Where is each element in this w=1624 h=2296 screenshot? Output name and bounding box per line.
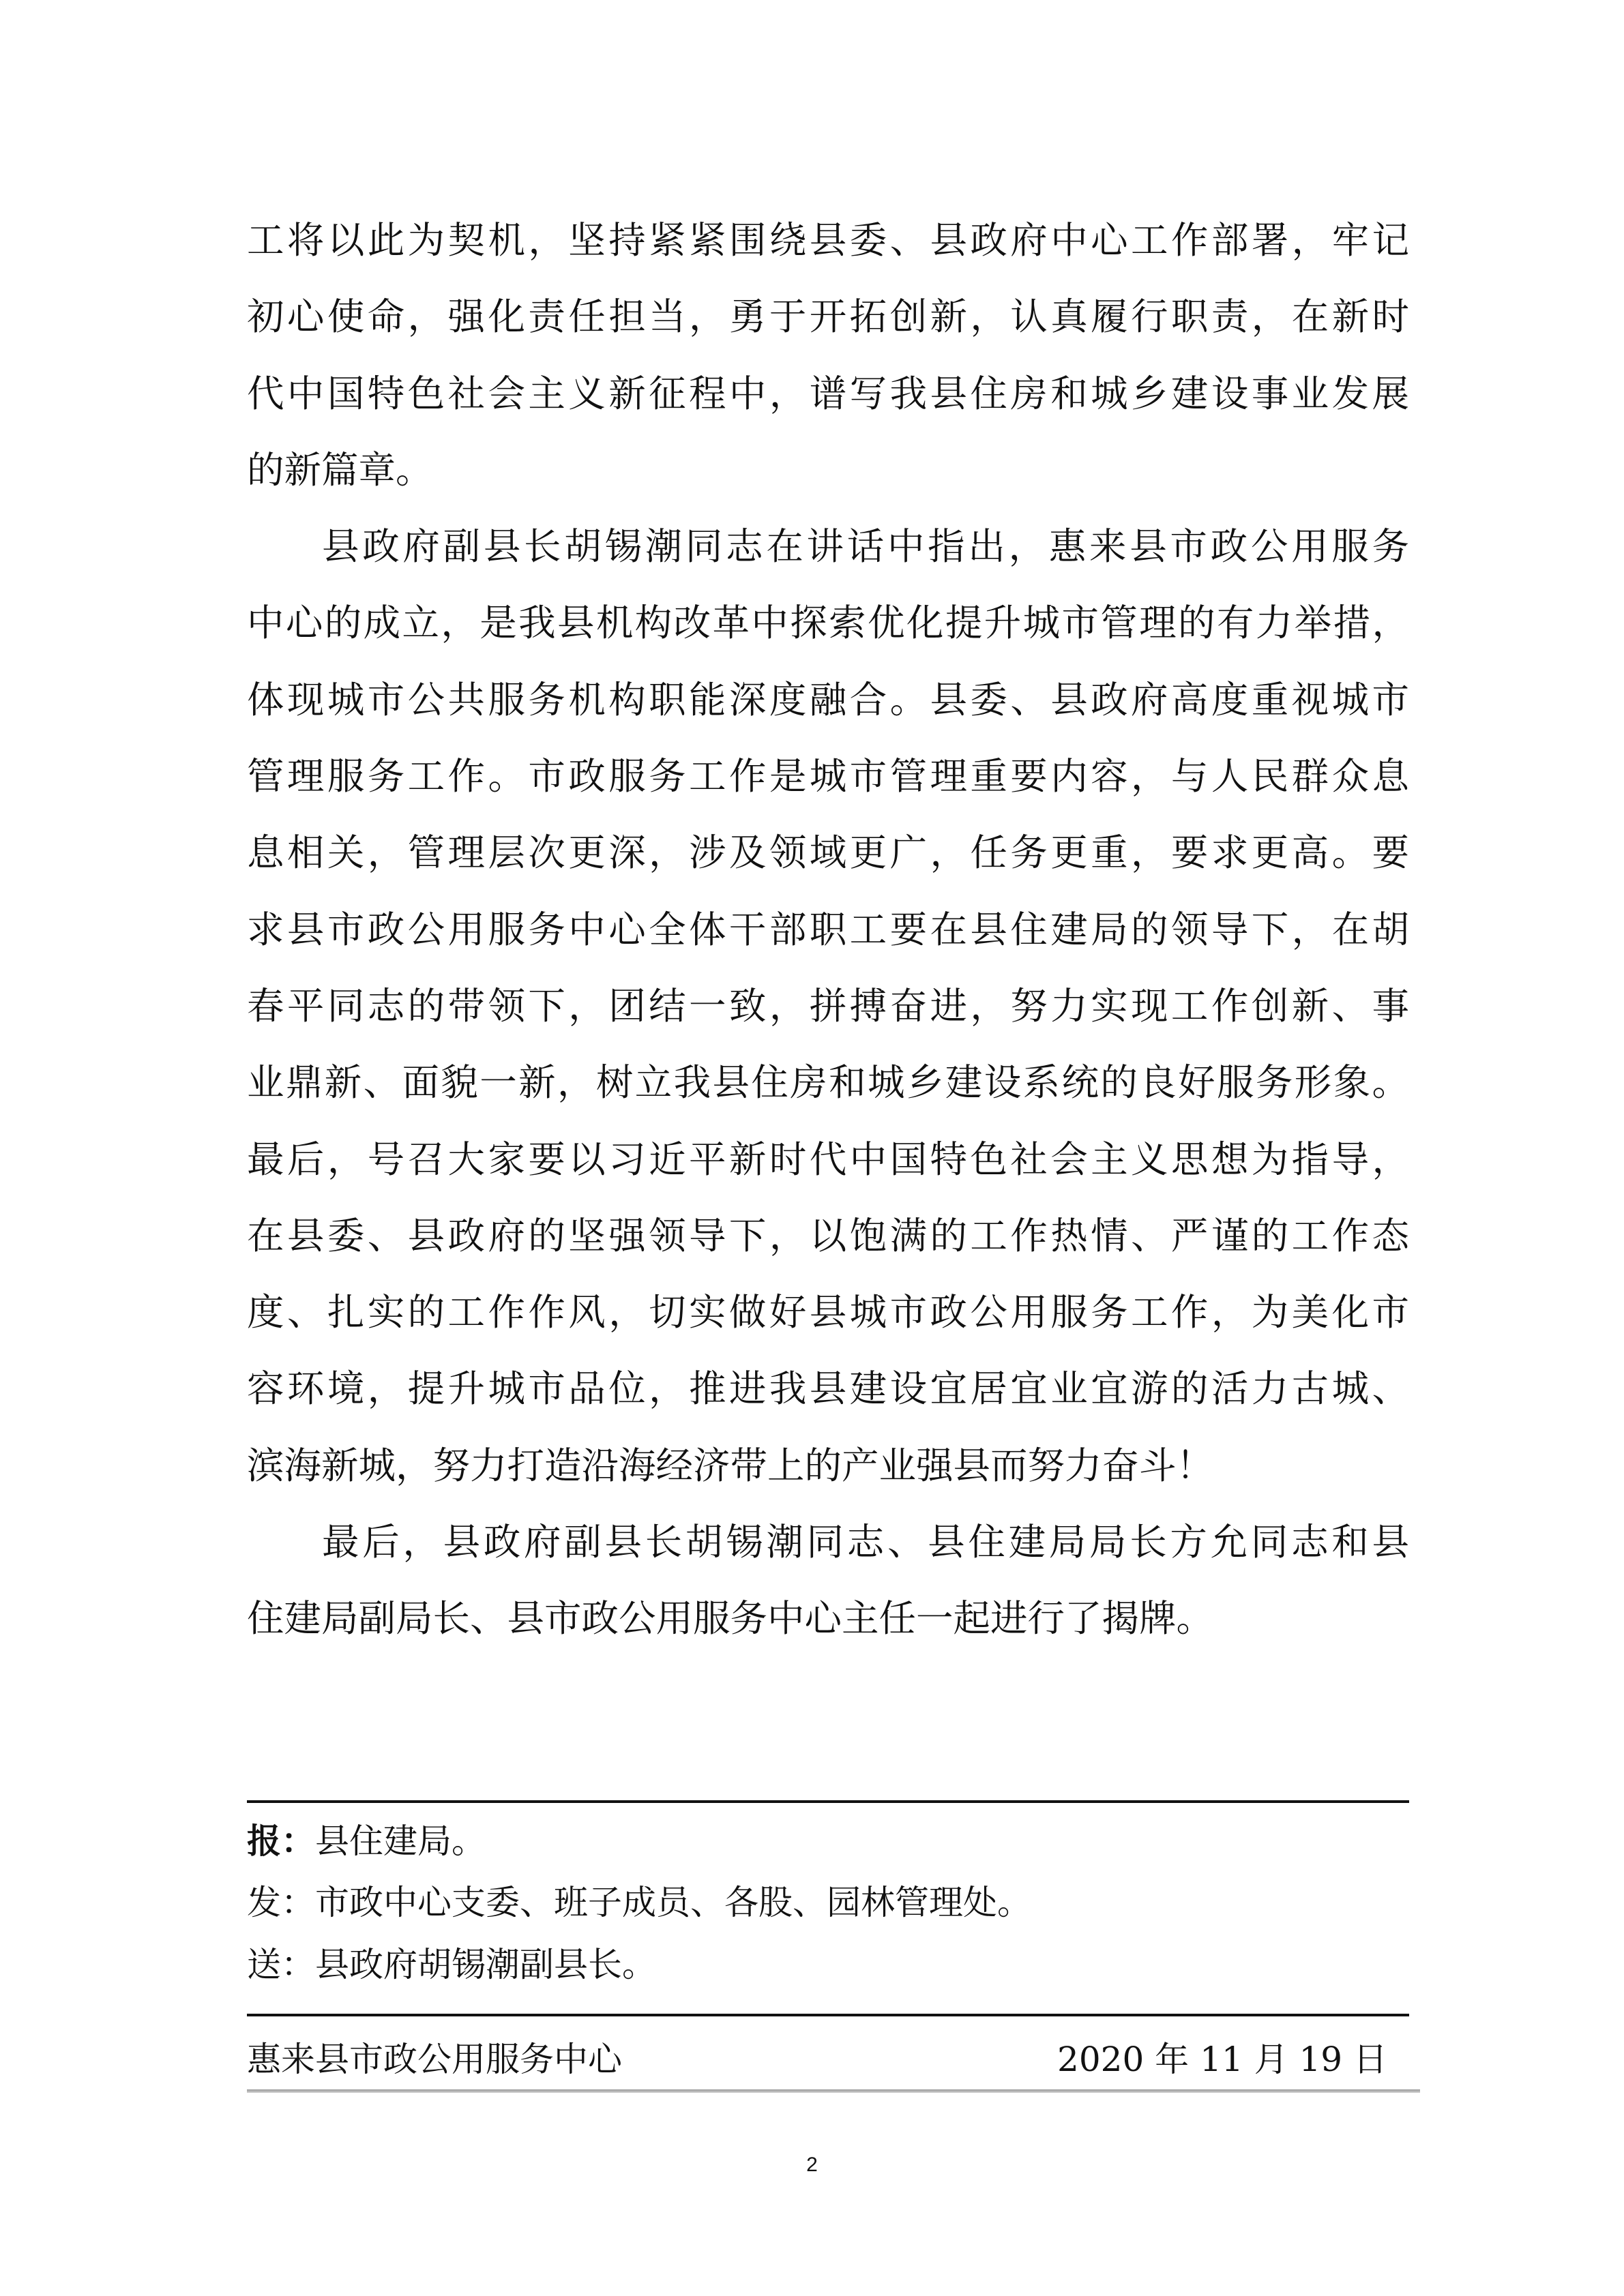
divider-top bbox=[247, 1800, 1409, 1803]
paragraph-2-line-8: 业鼎新、面貌一新，树立我县住房和城乡建设系统的良好服务形象。 bbox=[247, 1044, 1409, 1120]
paragraph-2-line-1: 县政府副县长胡锡潮同志在讲话中指出，惠来县市政公用服务 bbox=[247, 508, 1409, 584]
issuer-line: 惠来县市政公用服务中心 2020 年 11 月 19 日 bbox=[247, 2039, 1387, 2080]
paragraph-1-line-3: 代中国特色社会主义新征程中，谱写我县住房和城乡建设事业发展 bbox=[247, 355, 1409, 432]
paragraph-2-line-4: 管理服务工作。市政服务工作是城市管理重要内容，与人民群众息 bbox=[247, 738, 1409, 814]
paragraph-2-line-10: 在县委、县政府的坚强领导下，以饱满的工作热情、严谨的工作态 bbox=[247, 1197, 1409, 1274]
paragraph-2-line-3: 体现城市公共服务机构职能深度融合。县委、县政府高度重视城市 bbox=[247, 661, 1409, 738]
paragraph-2-line-13: 滨海新城，努力打造沿海经济带上的产业强县而努力奋斗！ bbox=[247, 1427, 1409, 1504]
paragraph-2-line-11: 度、扎实的工作作风，切实做好县城市政公用服务工作，为美化市 bbox=[247, 1274, 1409, 1350]
paragraph-2-line-12: 容环境，提升城市品位，推进我县建设宜居宜业宜游的活力古城、 bbox=[247, 1350, 1409, 1427]
send-value: 县政府胡锡潮副县长。 bbox=[315, 1945, 656, 1984]
paragraph-3-line-2: 住建局副局长、县市政公用服务中心主任一起进行了揭牌。 bbox=[247, 1580, 1409, 1656]
paragraph-1-line-2: 初心使命，强化责任担当，勇于开拓创新，认真履行职责，在新时 bbox=[247, 278, 1409, 355]
issue-value: 市政中心支委、班子成员、各股、园林管理处。 bbox=[315, 1883, 1031, 1922]
paragraph-1-line-4: 的新篇章。 bbox=[247, 432, 1409, 508]
issue-label: 发： bbox=[247, 1883, 315, 1922]
distribution-report: 报：县住建局。 bbox=[247, 1821, 486, 1862]
report-label: 报： bbox=[247, 1821, 315, 1861]
send-label: 送： bbox=[247, 1945, 315, 1984]
divider-bottom bbox=[247, 2089, 1420, 2093]
paragraph-1-line-1: 工将以此为契机，坚持紧紧围绕县委、县政府中心工作部署，牢记 bbox=[247, 202, 1409, 278]
paragraph-2-line-9: 最后，号召大家要以习近平新时代中国特色社会主义思想为指导， bbox=[247, 1121, 1409, 1197]
page-number: 2 bbox=[0, 2151, 1624, 2179]
paragraph-2-line-7: 春平同志的带领下，团结一致，拼搏奋进，努力实现工作创新、事 bbox=[247, 968, 1409, 1044]
divider-middle bbox=[247, 2014, 1409, 2016]
issue-date: 2020 年 11 月 19 日 bbox=[1057, 2039, 1387, 2080]
paragraph-2-line-5: 息相关，管理层次更深，涉及领域更广，任务更重，要求更高。要 bbox=[247, 814, 1409, 891]
paragraph-2-line-6: 求县市政公用服务中心全体干部职工要在县住建局的领导下，在胡 bbox=[247, 891, 1409, 968]
paragraph-2-line-2: 中心的成立，是我县机构改革中探索优化提升城市管理的有力举措， bbox=[247, 584, 1409, 661]
distribution-issue: 发：市政中心支委、班子成员、各股、园林管理处。 bbox=[247, 1882, 1031, 1923]
paragraph-3-line-1: 最后，县政府副县长胡锡潮同志、县住建局局长方允同志和县 bbox=[247, 1504, 1409, 1580]
document-page: 工将以此为契机，坚持紧紧围绕县委、县政府中心工作部署，牢记 初心使命，强化责任担… bbox=[0, 0, 1624, 2296]
distribution-send: 送：县政府胡锡潮副县长。 bbox=[247, 1944, 656, 1985]
body-text: 工将以此为契机，坚持紧紧围绕县委、县政府中心工作部署，牢记 初心使命，强化责任担… bbox=[247, 202, 1409, 1657]
issuing-organization: 惠来县市政公用服务中心 bbox=[247, 2039, 622, 2080]
report-value: 县住建局。 bbox=[315, 1821, 486, 1861]
